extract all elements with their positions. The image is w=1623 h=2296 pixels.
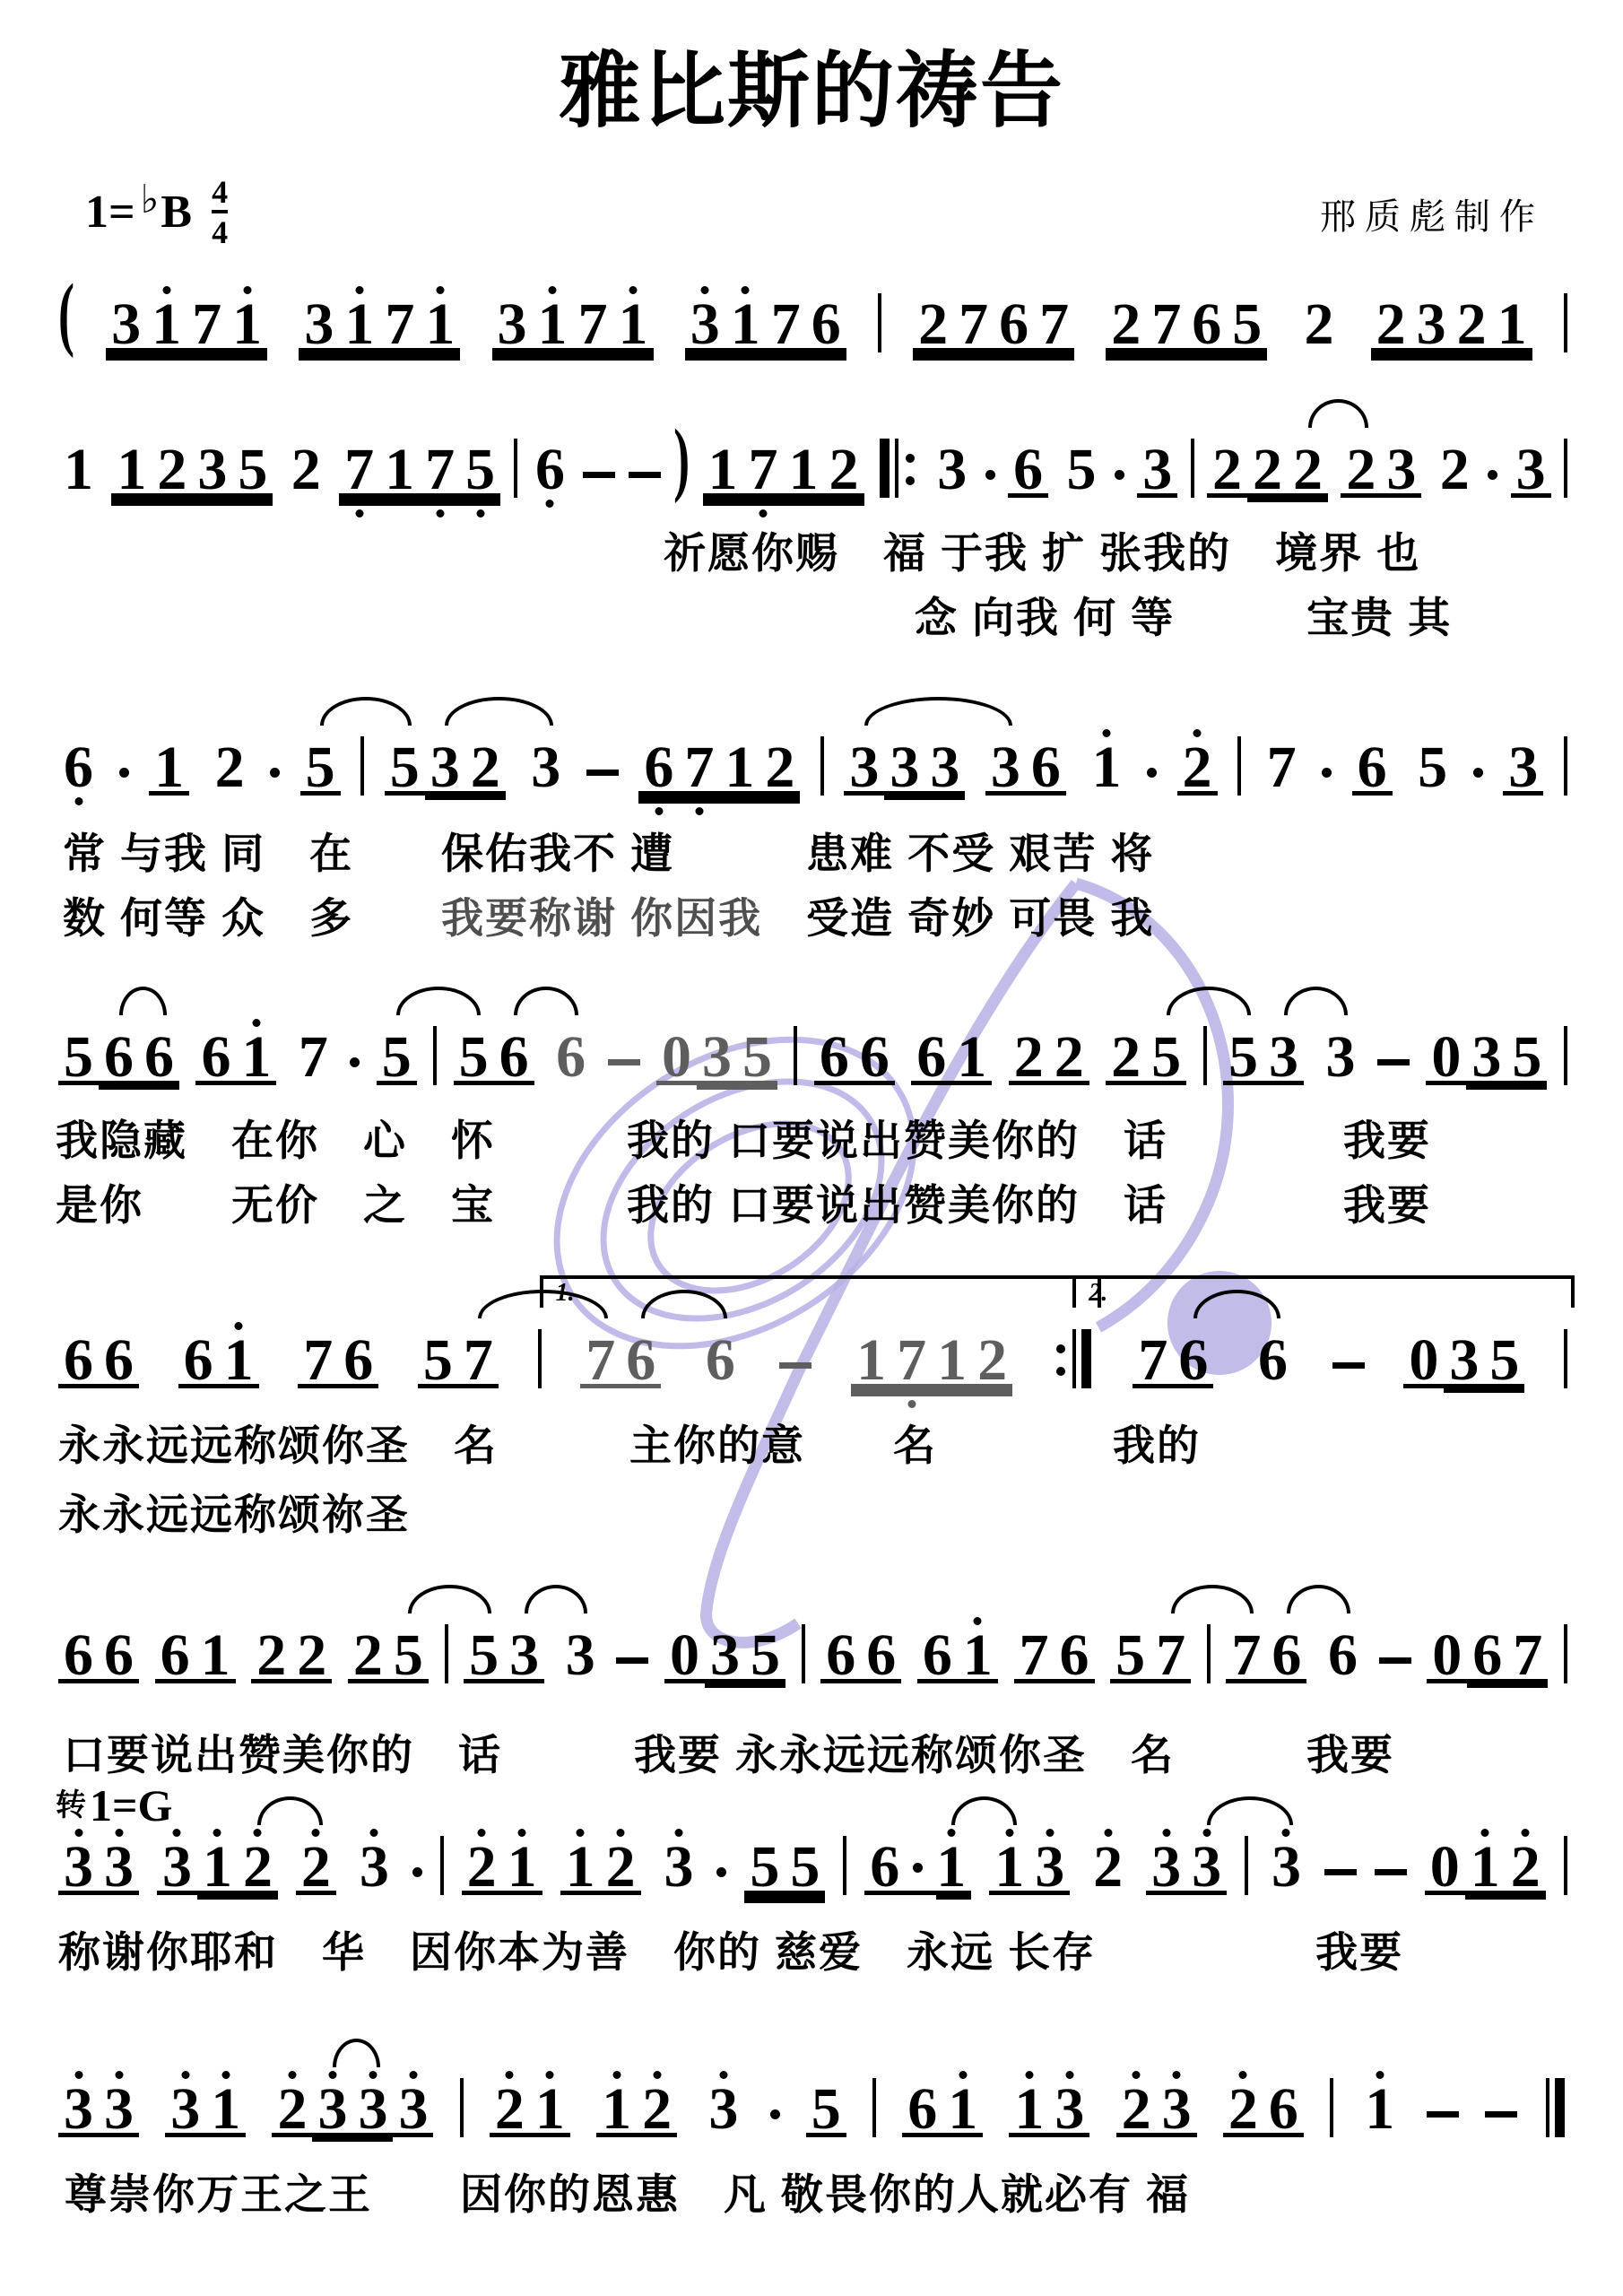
lyric-row: 念 向我 何 等 宝贵 其 [915, 594, 1452, 642]
note-digit: 6 [621, 1337, 661, 1384]
sheet-music-page: 雅比斯的祷告 1=♭B 4 4 邢质彪制作 转 1=G (31713171317… [0, 0, 1623, 2296]
beam-group: 21 [490, 2086, 570, 2137]
note-digit: 3 [697, 1034, 737, 1081]
note: 2 [210, 744, 250, 796]
beam-group: 36 [985, 744, 1066, 796]
lyric-row: 尊崇你万王之王 因你的恩惠 凡 敬畏你的人就必有 福 [65, 2170, 1190, 2219]
music-line: 33312333211235611323261 [58, 2083, 1567, 2137]
beam-group: 31 [165, 2086, 246, 2137]
note: 6 [530, 447, 570, 498]
note-digit: 5 [1506, 1034, 1547, 1081]
note-digit: 3 [1381, 447, 1421, 493]
note-digit: 6 [902, 2086, 942, 2133]
note-digit: 7 [953, 301, 994, 348]
beam-group: 2321 [1371, 301, 1532, 352]
tie-arc [514, 987, 577, 1015]
note-digit: 3 [312, 2086, 352, 2133]
note-digit: 2 [251, 1632, 291, 1679]
duration-dash [1375, 1869, 1407, 1875]
note-digit: 6 [911, 1034, 951, 1081]
note-digit: 3 [560, 1632, 601, 1679]
rhythm-dot [985, 470, 995, 480]
beam-subdivision-line [197, 1895, 278, 1900]
note-digit: 2 [286, 447, 326, 493]
note-digit: 5 [385, 744, 425, 791]
note-digit: 3 [1266, 1844, 1306, 1891]
beam-subdivision-line [884, 796, 965, 800]
note-digit: 7 [766, 301, 806, 348]
music-line: 61255323671233336127653 [58, 742, 1567, 796]
beam-subdivision-line [705, 1683, 785, 1688]
note-digit: 3 [1444, 1337, 1484, 1384]
music-line: 566617556603566612225533035 [58, 1031, 1567, 1085]
note-digit: 6 [178, 1337, 219, 1384]
beam-group: 2765 [1106, 301, 1267, 352]
note-digit: 2 [1207, 447, 1247, 493]
lyric-segment: 受造 奇妙 可畏 我 [762, 894, 1154, 942]
lyric-row: 数 何等 众 多 我要称谢 你因我 受造 奇妙 可畏 我 [63, 894, 1154, 943]
note-digit: 6 [861, 1632, 901, 1679]
lyric-segment: 数 何等 众 多 [63, 894, 441, 942]
note-digit: 1 [146, 301, 187, 348]
note-digit: 1 [379, 447, 420, 493]
note-digit: 2 [291, 1632, 332, 1679]
note-digit: 3 [354, 1844, 395, 1891]
note-digit: 2 [1298, 301, 1339, 348]
lyric-row: 称谢你耶和 华 因你本为善 你的 慈爱 永远 长存 我要 [58, 1928, 1403, 1977]
barline [1564, 1329, 1567, 1388]
barline [360, 736, 364, 796]
note-digit: 6 [338, 1337, 378, 1384]
note-digit: 5 [377, 1034, 417, 1081]
note-digit: 6 [1467, 1632, 1507, 1679]
beam-group: 012 [1425, 1844, 1546, 1895]
note-digit: 3 [504, 1632, 544, 1679]
barline [1564, 1026, 1567, 1085]
note-digit: 2 [1009, 1034, 1049, 1081]
note-digit: 5 [1484, 1337, 1524, 1384]
note-digit: 6 [855, 1034, 895, 1081]
duration-dash [1332, 1362, 1365, 1369]
beam-group: 61 [864, 1844, 971, 1895]
note: 6 [551, 1034, 591, 1085]
beam-group: 21 [462, 1844, 542, 1895]
tie-arc [333, 2039, 380, 2067]
note-digit: 3 [1263, 1034, 1304, 1081]
beam-group: 22 [1009, 1034, 1089, 1085]
note: 3 [1266, 1844, 1306, 1895]
note-digit: 5 [1110, 1632, 1150, 1679]
note-digit: 6 [1352, 744, 1393, 791]
note-digit: 6 [1263, 2086, 1304, 2133]
note-digit: 5 [1223, 1034, 1263, 1081]
note-digit: 3 [192, 447, 232, 493]
note-digit: 3 [705, 1632, 745, 1679]
lyric-segment: 常 与我 同 在 保佑我不 遭 患难 不受 艰苦 将 [63, 830, 1154, 877]
note-digit: 7 [1507, 1632, 1548, 1679]
lyric-row: 是你 无价 之 宝 我的 口要说出赞美你的 话 我要 [56, 1181, 1431, 1230]
lyric-row: 口要说出赞美你的 话 我要 永永远远称颂你圣 名 我要 [63, 1731, 1394, 1779]
music-line: 3331223211235561132333012 [58, 1841, 1567, 1895]
note-digit: 2 [637, 2086, 677, 2133]
note: 2 [1298, 301, 1339, 352]
note-digit: 3 [1146, 1844, 1186, 1891]
duration-dash [1485, 2111, 1517, 2118]
beam-group: 61 [178, 1337, 259, 1388]
note-digit: 3 [659, 1844, 699, 1891]
tie-arc [445, 697, 553, 726]
note-digit: 6 [806, 301, 846, 348]
note-digit: 7 [339, 447, 379, 493]
note-digit: 1 [195, 1632, 236, 1679]
beam-group: 3171 [492, 301, 654, 352]
tie-arc [119, 987, 167, 1015]
note-digit: 5 [454, 1034, 494, 1081]
tie-arc [320, 697, 412, 726]
note: 6 [58, 744, 99, 796]
note-digit: 2 [1288, 447, 1328, 493]
note: 3 [354, 1844, 395, 1895]
beam-group: 6 [1352, 744, 1393, 796]
note-digit: 2 [1088, 1844, 1128, 1891]
beam-subdivision-line [312, 2137, 393, 2142]
note-digit: 7 [891, 1337, 932, 1384]
note-digit: 6 [864, 1844, 905, 1891]
barline [1564, 293, 1567, 352]
barline [440, 1836, 444, 1895]
repeat-start [877, 439, 919, 498]
beam-subdivision-line [425, 796, 506, 800]
beam-group: 1235 [111, 447, 273, 498]
note-digit: 7 [1262, 744, 1302, 791]
note-digit: 1 [111, 447, 152, 493]
beam-group: 067 [1427, 1632, 1548, 1683]
note-digit: 5 [464, 1632, 504, 1679]
note-digit: 2 [296, 1844, 336, 1891]
note-digit: 6 [155, 1632, 195, 1679]
barline [1564, 1624, 1567, 1683]
note: 2 [286, 447, 326, 498]
 [906, 444, 915, 494]
note-digit: 5 [418, 1337, 458, 1384]
barline [802, 1624, 805, 1683]
note-digit: 6 [1186, 301, 1227, 348]
beam-group: 1 [149, 744, 189, 796]
note-digit: 5 [1412, 744, 1453, 791]
barline [1237, 736, 1241, 796]
note-digit: 1 [932, 1337, 972, 1384]
duration-dash [629, 472, 661, 478]
tie-arc [1171, 1585, 1254, 1613]
tie-arc [396, 987, 481, 1015]
note: 3 [525, 744, 566, 796]
barline [843, 1836, 846, 1895]
lyric-row: 常 与我 同 在 保佑我不 遭 患难 不受 艰苦 将 [63, 830, 1154, 878]
beam-group: 53 [464, 1632, 544, 1683]
beam-group: 035 [656, 1034, 777, 1085]
barline [1330, 2078, 1333, 2137]
beam-group: 26 [1223, 2086, 1304, 2137]
lyric-segment: 是你 无价 之 宝 我的 口要说出赞美你的 话 我要 [56, 1181, 1431, 1229]
note-digit: 6 [638, 744, 679, 791]
beam-group: 61 [155, 1632, 236, 1683]
beam-subdivision-line [1465, 1895, 1546, 1900]
note-digit: 6 [530, 447, 570, 493]
rhythm-dot [770, 2109, 780, 2119]
beam-group: 61 [911, 1034, 992, 1085]
beam-group: 61 [195, 1034, 276, 1085]
note-digit: 7 [1034, 301, 1074, 348]
beam-group: 13 [1009, 2086, 1089, 2137]
note-digit: 1 [420, 301, 460, 348]
note-digit: 0 [656, 1034, 697, 1081]
beam-group: 76 [1133, 1337, 1213, 1388]
rhythm-dot [1473, 768, 1483, 778]
beam-group: 76 [298, 1337, 378, 1388]
duration-dash [586, 770, 619, 776]
volta-label: 2. [1089, 1281, 1107, 1306]
note-digit: 5 [745, 1632, 785, 1679]
note-digit: 6 [195, 1034, 236, 1081]
music-line: (31713171317131762767276522321 [58, 299, 1567, 352]
note-digit: 2 [1435, 447, 1475, 493]
note-digit: 3 [884, 744, 924, 791]
note-digit: 6 [1055, 1632, 1095, 1679]
beam-group: 566 [58, 1034, 179, 1085]
barline [1564, 736, 1567, 796]
note-digit: 3 [1466, 1034, 1506, 1081]
beam-subdivision-line [1444, 1388, 1524, 1393]
beam-subdivision-line [1467, 1683, 1548, 1688]
note-digit: 3 [932, 447, 972, 493]
note-digit: 7 [420, 447, 460, 493]
note-digit: 5 [806, 2086, 846, 2133]
note-digit: 3 [157, 1844, 197, 1891]
rhythm-dot [1147, 768, 1157, 778]
note-digit: 7 [1146, 301, 1186, 348]
note-digit: 3 [844, 744, 884, 791]
paren-close: ) [673, 419, 690, 498]
note-digit: 2 [462, 1844, 502, 1891]
note-digit: 1 [197, 1844, 238, 1891]
barline [878, 293, 881, 352]
 [895, 439, 898, 498]
beam-subdivision-line [1247, 498, 1328, 502]
note: 1 [58, 447, 99, 498]
barline [820, 736, 824, 796]
beam-group: 222 [1207, 447, 1328, 498]
lyric-segment: 我隐藏 在你 心 怀 我的 口要说出赞美你的 话 我要 [56, 1117, 1431, 1164]
note-digit: 2 [272, 2086, 312, 2133]
rhythm-dot [716, 1867, 726, 1877]
beam-group: 333 [844, 744, 965, 796]
beam-subdivision-line [697, 1085, 777, 1090]
note-digit: 6 [1173, 1337, 1213, 1384]
note-digit: 3 [924, 744, 965, 791]
note-digit: 3 [492, 301, 533, 348]
note: 2 [1435, 447, 1475, 498]
beam-group: 33 [1146, 1844, 1227, 1895]
note-digit: 3 [425, 744, 465, 791]
note-digit: 1 [533, 301, 573, 348]
rhythm-dot [1322, 768, 1332, 778]
note-digit: 6 [99, 1337, 139, 1384]
note-digit: 2 [1452, 301, 1492, 348]
lyric-segment: 口要说出赞美你的 话 我要 永永远远称颂你圣 名 我要 [63, 1731, 1394, 1779]
note-digit: 1 [219, 1337, 259, 1384]
 [880, 439, 890, 498]
note: 3 [560, 1632, 601, 1683]
beam-group: 13 [989, 1844, 1070, 1895]
note-digit: 1 [613, 301, 654, 348]
lyric-segment: 我要称谢 你因我 [441, 894, 762, 942]
note: 6 [700, 1337, 741, 1388]
rhythm-dot [119, 768, 129, 778]
note-digit: 0 [1427, 1632, 1467, 1679]
beam-group: 25 [1106, 1034, 1186, 1085]
beam-group: 25 [348, 1632, 429, 1683]
note-digit: 6 [58, 1632, 99, 1679]
note-digit: 3 [685, 301, 725, 348]
note-digit: 2 [1223, 2086, 1263, 2133]
beam-group: 56 [454, 1034, 534, 1085]
barline [1191, 439, 1194, 498]
beam-group: 532 [385, 744, 506, 796]
barline [1245, 1836, 1248, 1895]
note-digit: 1 [227, 301, 267, 348]
beam-group: 5 [806, 2086, 846, 2137]
duration-dash [608, 1059, 640, 1065]
beam-group: 57 [1110, 1632, 1191, 1683]
beam-group: 1712 [703, 447, 864, 498]
beam-group: 66 [58, 1337, 139, 1388]
beam-group: 33 [58, 2086, 139, 2137]
note-digit: 3 [58, 2086, 99, 2133]
note-digit: 3 [1049, 2086, 1089, 2133]
beam-group: 7175 [339, 447, 500, 498]
 [1056, 1335, 1065, 1385]
beam-group: 76 [1014, 1632, 1095, 1683]
music-line: 6661222553303566617657766067 [58, 1630, 1567, 1683]
beam-group: 3171 [106, 301, 267, 352]
note: 3 [932, 447, 972, 498]
lyric-segment: 永永远远称颂你圣 名 主你的意 名 我的 [58, 1422, 1201, 1469]
note-digit: 3 [1137, 447, 1177, 493]
note-digit: 3 [1029, 1844, 1070, 1891]
beam-group: 76 [1226, 1632, 1306, 1683]
barline [1207, 1624, 1211, 1683]
beam-group: 66 [814, 1034, 895, 1085]
barline [460, 2078, 464, 2137]
note-digit: 6 [820, 1632, 861, 1679]
lyric-segment: 永永远远称颂祢圣 [58, 1491, 410, 1538]
rhythm-dot [1115, 470, 1124, 480]
tie-arc [1207, 1796, 1294, 1825]
note-digit: 7 [573, 301, 613, 348]
beam-group: 12 [560, 1844, 641, 1895]
duration-dash [616, 1657, 648, 1664]
barline [514, 439, 517, 498]
note-digit: 5 [58, 1034, 99, 1081]
paren-open: ( [58, 274, 74, 352]
note-digit: 3 [1157, 2086, 1197, 2133]
note-digit: 3 [703, 2086, 743, 2133]
note-digit: 2 [1106, 301, 1146, 348]
beam-group: 1712 [851, 1337, 1012, 1388]
note-digit: 6 [99, 1034, 139, 1081]
note-digit: 3 [525, 744, 566, 791]
rhythm-dot [350, 1057, 360, 1067]
note-digit: 2 [152, 447, 192, 493]
note: 7 [293, 1034, 334, 1085]
tie-arc [408, 1585, 490, 1613]
note-digit: 5 [460, 447, 500, 493]
note-digit: 1 [149, 744, 189, 791]
beam-group: 61 [917, 1632, 998, 1683]
duration-dash [1379, 1657, 1411, 1664]
beam-group: 66 [820, 1632, 901, 1683]
note-digit: 6 [58, 1337, 99, 1384]
note-digit: 7 [743, 447, 784, 493]
beam-group: 3 [1503, 744, 1543, 796]
rhythm-dot [913, 1863, 923, 1873]
beam-group: 035 [1403, 1337, 1524, 1388]
 [1081, 1329, 1091, 1388]
lyric-row: 祈愿你赐 福 于我 扩 张我的 境界 也 [664, 529, 1420, 578]
note-digit: 1 [502, 1844, 542, 1891]
note-digit: 2 [348, 1632, 388, 1679]
note-digit: 2 [1116, 2086, 1157, 2133]
beam-group: 66 [58, 1632, 139, 1683]
beam-group: 33 [58, 1844, 139, 1895]
note-digit: 5 [388, 1632, 429, 1679]
note-digit: 3 [393, 2086, 433, 2133]
note-digit: 1 [596, 2086, 637, 2133]
note-digit: 1 [951, 1034, 992, 1081]
note-digit: 3 [299, 301, 339, 348]
beam-group: 61 [902, 2086, 983, 2137]
volta-label: 1. [556, 1281, 575, 1306]
lyric-row: 我隐藏 在你 心 怀 我的 口要说出赞美你的 话 我要 [56, 1117, 1431, 1165]
note-digit: 7 [187, 301, 227, 348]
note-digit: 5 [232, 447, 273, 493]
note-digit: 3 [106, 301, 146, 348]
 [1555, 2078, 1565, 2137]
note-digit: 7 [293, 1034, 334, 1081]
beam-group: 3 [1137, 447, 1177, 498]
note-digit: 3 [99, 2086, 139, 2133]
note-digit: 2 [972, 1337, 1012, 1384]
note-digit: 2 [210, 744, 250, 791]
note-digit: 1 [719, 744, 759, 791]
duration-dash [779, 1362, 811, 1369]
beam-group: 2 [1177, 744, 1218, 796]
note-digit: 2 [601, 1844, 641, 1891]
note-digit: 0 [664, 1632, 705, 1679]
tie-arc [1167, 987, 1251, 1015]
beam-group: 53 [1223, 1034, 1304, 1085]
note-digit: 1 [851, 1337, 891, 1384]
rhythm-dot [1488, 470, 1497, 480]
note-digit: 0 [1403, 1337, 1444, 1384]
barline [794, 1026, 797, 1085]
note: 3 [703, 2086, 743, 2137]
note-digit: 2 [1049, 1034, 1089, 1081]
note: 1 [1359, 2086, 1400, 2137]
note-digit: 3 [99, 1844, 139, 1891]
barline [872, 2078, 876, 2137]
note-digit: 2 [1106, 1034, 1146, 1081]
